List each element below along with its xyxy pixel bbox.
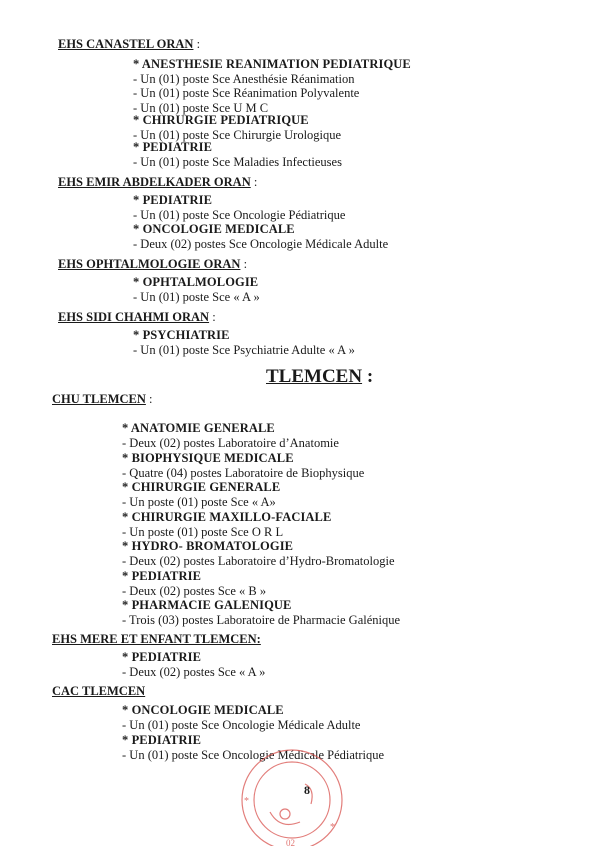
institution-name: CHU TLEMCEN (52, 392, 146, 406)
institution-name: EHS MERE ET ENFANT TLEMCEN: (52, 632, 261, 646)
institution-name: EHS OPHTALMOLOGIE ORAN (58, 257, 240, 271)
specialty-heading: * PEDIATRIE (133, 193, 212, 208)
institution-suffix: : (146, 392, 153, 406)
institution-name: EHS SIDI CHAHMI ORAN (58, 310, 209, 324)
specialty-heading: * PEDIATRIE (122, 650, 201, 665)
institution-heading: EHS EMIR ABDELKADER ORAN : (58, 175, 257, 190)
post-line: - Deux (02) postes Sce « A » (122, 665, 265, 680)
specialty-heading: * CHIRURGIE MAXILLO-FACIALE (122, 510, 331, 525)
svg-text:*: * (330, 822, 335, 833)
post-line: - Un poste (01) poste Sce « A» (122, 495, 276, 510)
post-line: - Un poste (01) poste Sce O R L (122, 525, 283, 540)
post-line: - Deux (02) postes Sce « B » (122, 584, 266, 599)
specialty-heading: * PHARMACIE GALENIQUE (122, 598, 291, 613)
svg-text:*: * (244, 796, 249, 807)
specialty-heading: * ANATOMIE GENERALE (122, 421, 275, 436)
institution-heading: EHS CANASTEL ORAN : (58, 37, 200, 52)
institution-heading: EHS OPHTALMOLOGIE ORAN : (58, 257, 247, 272)
post-line: - Un (01) poste Sce Anesthésie Réanimati… (133, 72, 354, 87)
specialty-heading: * CHIRURGIE GENERALE (122, 480, 280, 495)
institution-heading: CAC TLEMCEN (52, 684, 145, 699)
post-line: - Deux (02) postes Laboratoire d’Anatomi… (122, 436, 339, 451)
institution-name: EHS EMIR ABDELKADER ORAN (58, 175, 251, 189)
institution-heading: EHS MERE ET ENFANT TLEMCEN: (52, 632, 261, 647)
city-heading: TLEMCEN : (266, 366, 373, 388)
institution-suffix: : (209, 310, 216, 324)
institution-name: CAC TLEMCEN (52, 684, 145, 698)
specialty-heading: * ANESTHESIE REANIMATION PEDIATRIQUE (133, 57, 411, 72)
specialty-heading: * OPHTALMOLOGIE (133, 275, 258, 290)
specialty-heading: * ONCOLOGIE MEDICALE (122, 703, 284, 718)
post-line: - Un (01) poste Sce « A » (133, 290, 260, 305)
specialty-heading: * CHIRURGIE PEDIATRIQUE (133, 113, 309, 128)
specialty-heading: * PEDIATRIE (133, 140, 212, 155)
official-stamp-icon: * * 02 (230, 742, 354, 846)
specialty-heading: * HYDRO- BROMATOLOGIE (122, 539, 293, 554)
specialty-heading: * BIOPHYSIQUE MEDICALE (122, 451, 294, 466)
institution-heading: CHU TLEMCEN : (52, 392, 153, 407)
specialty-heading: * ONCOLOGIE MEDICALE (133, 222, 295, 237)
post-line: - Un (01) poste Sce Maladies Infectieuse… (133, 155, 342, 170)
post-line: - Un (01) poste Sce Oncologie Pédiatriqu… (133, 208, 345, 223)
post-line: - Quatre (04) postes Laboratoire de Biop… (122, 466, 364, 481)
specialty-heading: * PEDIATRIE (122, 569, 201, 584)
post-line: - Deux (02) postes Laboratoire d’Hydro-B… (122, 554, 395, 569)
institution-heading: EHS SIDI CHAHMI ORAN : (58, 310, 216, 325)
city-name: TLEMCEN (266, 366, 362, 387)
city-suffix: : (362, 366, 373, 387)
post-line: - Un (01) poste Sce Oncologie Médicale A… (122, 718, 360, 733)
institution-suffix: : (240, 257, 247, 271)
svg-text:02: 02 (286, 838, 295, 846)
post-line: - Un (01) poste Sce Réanimation Polyvale… (133, 86, 359, 101)
post-line: - Un (01) poste Sce Psychiatrie Adulte «… (133, 343, 355, 358)
specialty-heading: * PEDIATRIE (122, 733, 201, 748)
page-number: 8 (304, 783, 310, 798)
institution-suffix: : (193, 37, 200, 51)
specialty-heading: * PSYCHIATRIE (133, 328, 230, 343)
post-line: - Deux (02) postes Sce Oncologie Médical… (133, 237, 388, 252)
post-line: - Trois (03) postes Laboratoire de Pharm… (122, 613, 400, 628)
institution-name: EHS CANASTEL ORAN (58, 37, 193, 51)
institution-suffix: : (251, 175, 258, 189)
